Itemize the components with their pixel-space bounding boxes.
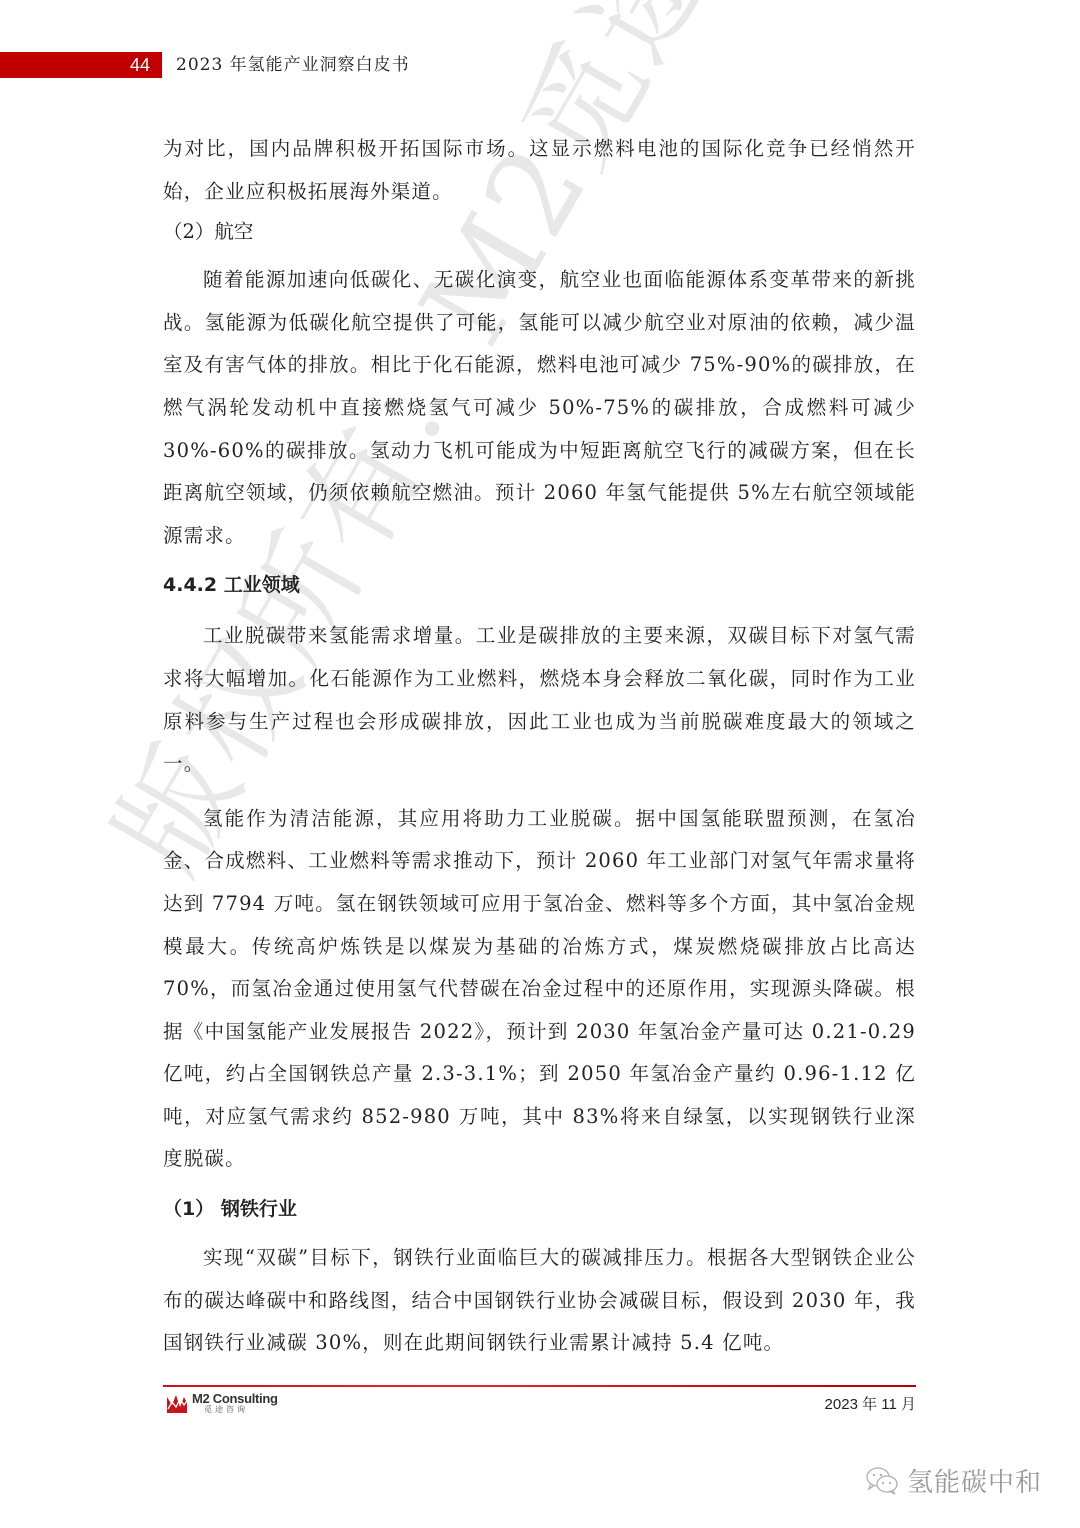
footer-divider (163, 1385, 916, 1387)
wechat-account-badge: 氢能碳中和 (865, 1462, 1042, 1499)
page-content: 为对比，国内品牌积极开拓国际市场。这显示燃料电池的国际化竞争已经悄然开始，企业应… (163, 128, 916, 1365)
section-heading: 4.4.2 工业领域 (163, 573, 916, 597)
company-logo: M2 Consulting 觅途咨询 (166, 1392, 278, 1415)
wechat-icon (865, 1466, 899, 1496)
document-title: 2023 年氢能产业洞察白皮书 (176, 53, 410, 77)
paragraph-industry-1: 工业脱碳带来氢能需求增量。工业是碳排放的主要来源，双碳目标下对氢气需求将大幅增加… (163, 615, 916, 785)
footer-date: 2023 年 11 月 (825, 1393, 916, 1414)
logo-text-en: M2 Consulting (192, 1392, 278, 1405)
paragraph-intro: 为对比，国内品牌积极开拓国际市场。这显示燃料电池的国际化竞争已经悄然开始，企业应… (163, 128, 916, 213)
logo-text-cn: 觅途咨询 (204, 1405, 278, 1415)
header-bar: 44 (0, 52, 162, 78)
m2-logo-icon (166, 1393, 188, 1415)
paragraph-steel: 实现“双碳”目标下，钢铁行业面临巨大的碳减排压力。根据各大型钢铁企业公布的碳达峰… (163, 1237, 916, 1365)
subsection-steel: （1） 钢铁行业 (163, 1197, 916, 1221)
page-number: 44 (130, 54, 150, 76)
paragraph-industry-2: 氢能作为清洁能源，其应用将助力工业脱碳。据中国氢能联盟预测，在氢冶金、合成燃料、… (163, 798, 916, 1181)
paragraph-aviation: 随着能源加速向低碳化、无碳化演变，航空业也面临能源体系变革带来的新挑战。氢能源为… (163, 259, 916, 557)
wechat-account-name: 氢能碳中和 (907, 1462, 1042, 1499)
subsection-aviation: （2）航空 (163, 211, 916, 253)
